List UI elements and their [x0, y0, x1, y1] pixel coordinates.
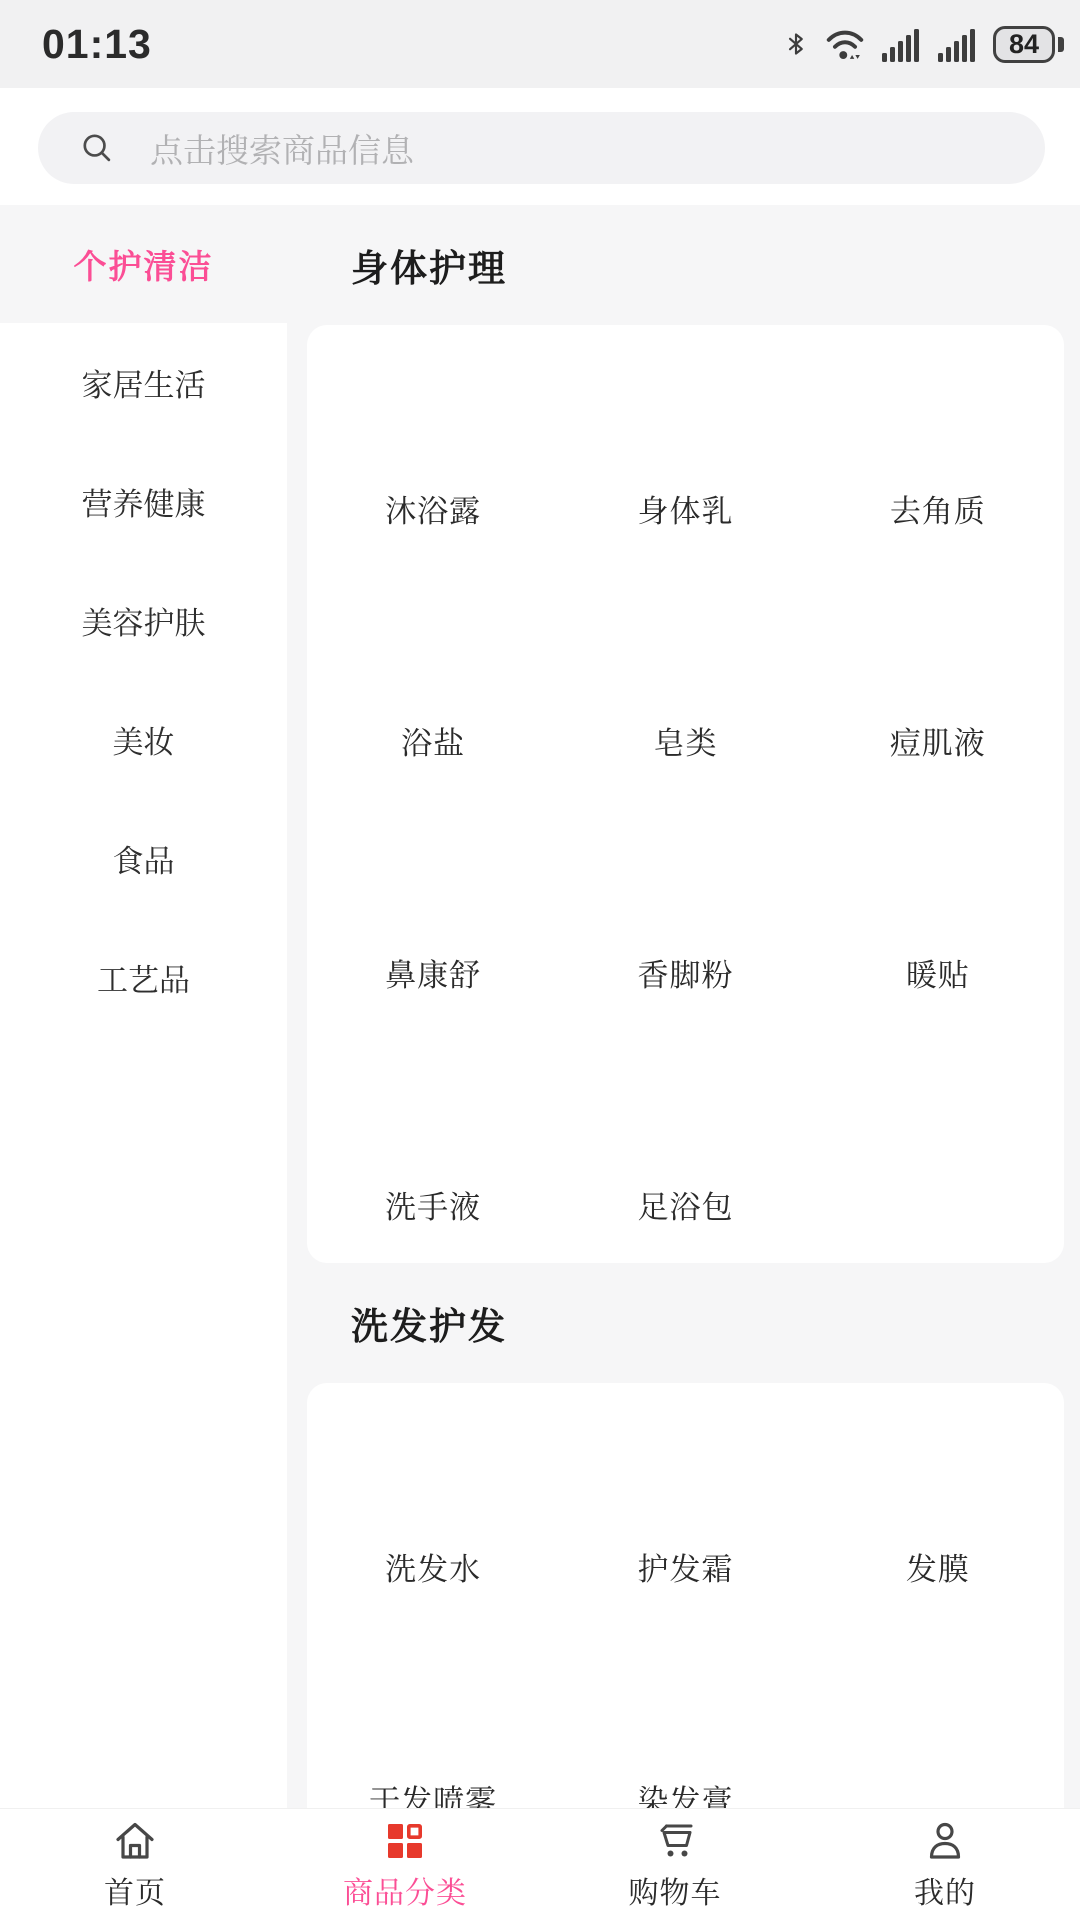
category-item-label: 洗手液 — [385, 1182, 481, 1227]
tab-label: 购物车 — [629, 1868, 722, 1912]
category-item[interactable]: 去角质 — [812, 325, 1064, 557]
category-item[interactable]: 干发喷雾 — [307, 1615, 559, 1808]
category-item-label: 发膜 — [906, 1544, 970, 1589]
category-item[interactable]: 鼻康舒 — [307, 789, 559, 1021]
sidebar-item-food[interactable]: 食品 — [0, 799, 287, 918]
tab-label: 我的 — [914, 1868, 976, 1912]
tab-home[interactable]: 首页 — [0, 1809, 270, 1920]
category-item[interactable]: 洗手液 — [307, 1021, 559, 1253]
status-icons: 84 — [783, 25, 1064, 63]
section-title-body-care: 身体护理 — [307, 205, 1064, 325]
status-bar: 01:13 — [0, 0, 1080, 88]
home-icon — [111, 1817, 159, 1865]
tab-profile[interactable]: 我的 — [810, 1809, 1080, 1920]
search-icon — [78, 129, 116, 167]
subcategory-card-body-care: 沐浴露身体乳去角质浴盐皂类痘肌液鼻康舒香脚粉暖贴洗手液足浴包 — [307, 325, 1064, 1263]
app-screen: 01:13 — [0, 0, 1080, 1920]
category-item-label: 暖贴 — [906, 950, 970, 995]
search-placeholder: 点击搜索商品信息 — [150, 125, 414, 172]
category-item-label: 香脚粉 — [637, 950, 733, 995]
cart-icon — [651, 1817, 699, 1865]
search-bar[interactable]: 点击搜索商品信息 — [38, 112, 1045, 184]
category-item[interactable]: 痘肌液 — [812, 557, 1064, 789]
sidebar-item-crafts[interactable]: 工艺品 — [0, 918, 287, 1037]
category-icon — [381, 1817, 429, 1865]
tab-label: 商品分类 — [343, 1868, 467, 1912]
section-title-hair-care: 洗发护发 — [307, 1263, 1064, 1383]
signal-strength-icon-2 — [937, 26, 979, 62]
category-item[interactable]: 护发霜 — [559, 1383, 811, 1615]
wifi-icon — [823, 25, 867, 63]
bottom-tab-bar: 首页商品分类购物车我的 — [0, 1808, 1080, 1920]
category-item-label: 痘肌液 — [890, 718, 986, 763]
search-section: 点击搜索商品信息 — [0, 88, 1080, 205]
category-item-label: 去角质 — [890, 486, 986, 531]
category-item-label: 护发霜 — [637, 1544, 733, 1589]
profile-icon — [921, 1817, 969, 1865]
sidebar-item-home-living[interactable]: 家居生活 — [0, 323, 287, 442]
category-item-label: 洗发水 — [385, 1544, 481, 1589]
sidebar-item-nutrition-health[interactable]: 营养健康 — [0, 442, 287, 561]
category-item-label: 沐浴露 — [385, 486, 481, 531]
category-item-label: 干发喷雾 — [369, 1776, 497, 1808]
sidebar-item-beauty-skincare[interactable]: 美容护肤 — [0, 561, 287, 680]
tab-cart[interactable]: 购物车 — [540, 1809, 810, 1920]
category-item[interactable]: 香脚粉 — [559, 789, 811, 1021]
category-item[interactable]: 足浴包 — [559, 1021, 811, 1253]
battery-percent: 84 — [993, 26, 1055, 63]
clock: 01:13 — [42, 21, 152, 68]
category-item-label: 鼻康舒 — [385, 950, 481, 995]
category-item[interactable]: 洗发水 — [307, 1383, 559, 1615]
bluetooth-icon — [783, 27, 809, 61]
category-item-label: 染发膏 — [637, 1776, 733, 1808]
battery-icon: 84 — [993, 26, 1064, 63]
tab-label: 首页 — [104, 1868, 166, 1912]
category-item[interactable]: 沐浴露 — [307, 325, 559, 557]
category-item[interactable]: 皂类 — [559, 557, 811, 789]
category-item[interactable]: 身体乳 — [559, 325, 811, 557]
category-item[interactable]: 浴盐 — [307, 557, 559, 789]
category-page: 个护清洁家居生活营养健康美容护肤美妆食品工艺品 身体护理沐浴露身体乳去角质浴盐皂… — [0, 205, 1080, 1808]
subcategory-panel: 身体护理沐浴露身体乳去角质浴盐皂类痘肌液鼻康舒香脚粉暖贴洗手液足浴包洗发护发洗发… — [307, 205, 1064, 1808]
sidebar-item-personal-care[interactable]: 个护清洁 — [0, 205, 287, 323]
category-item[interactable]: 染发膏 — [559, 1615, 811, 1808]
subcategory-card-hair-care: 洗发水护发霜发膜干发喷雾染发膏 — [307, 1383, 1064, 1808]
category-item[interactable]: 暖贴 — [812, 789, 1064, 1021]
category-item[interactable]: 发膜 — [812, 1383, 1064, 1615]
sidebar-item-makeup[interactable]: 美妆 — [0, 680, 287, 799]
tab-category[interactable]: 商品分类 — [270, 1809, 540, 1920]
category-item-label: 足浴包 — [637, 1182, 733, 1227]
category-item-label: 身体乳 — [637, 486, 733, 531]
category-sidebar: 个护清洁家居生活营养健康美容护肤美妆食品工艺品 — [0, 205, 287, 1808]
signal-strength-icon — [881, 26, 923, 62]
category-item-label: 皂类 — [653, 718, 717, 763]
sidebar-filler — [0, 1037, 287, 1808]
category-item-label: 浴盐 — [401, 718, 465, 763]
